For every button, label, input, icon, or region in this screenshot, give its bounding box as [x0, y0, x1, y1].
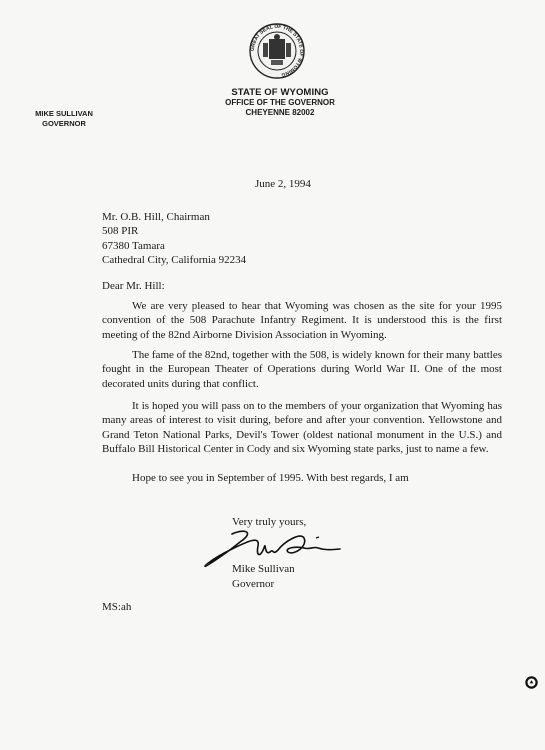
body-paragraph: Hope to see you in September of 1995. Wi…: [102, 471, 502, 485]
recycle-icon: [525, 676, 538, 689]
paragraph-text: We are very pleased to hear that Wyoming…: [102, 300, 502, 341]
recipient-line: Cathedral City, California 92234: [102, 253, 246, 267]
recipient-address: Mr. O.B. Hill, Chairman 508 PIR 67380 Ta…: [102, 210, 246, 267]
sender-title: GOVERNOR: [22, 119, 106, 129]
letterhead-office: OFFICE OF THE GOVERNOR: [200, 98, 360, 107]
letterhead-city: CHEYENNE 82002: [200, 108, 360, 117]
recipient-line: 508 PIR: [102, 224, 246, 238]
letterhead-state: STATE OF WYOMING: [200, 87, 360, 98]
body-paragraph: The fame of the 82nd, together with the …: [102, 348, 502, 391]
body-paragraph: It is hoped you will pass on to the memb…: [102, 399, 502, 456]
recipient-line: Mr. O.B. Hill, Chairman: [102, 210, 246, 224]
signatory-name: Mike Sullivan: [232, 562, 295, 577]
state-seal-icon: GREAT SEAL OF THE STATE OF WYOMING: [249, 23, 305, 79]
paragraph-text: The fame of the 82nd, together with the …: [102, 349, 502, 390]
signatory-title: Governor: [232, 577, 295, 592]
paragraph-text: It is hoped you will pass on to the memb…: [102, 400, 502, 455]
body-paragraph: We are very pleased to hear that Wyoming…: [102, 299, 502, 342]
paragraph-text: Hope to see you in September of 1995. Wi…: [132, 472, 409, 484]
reference-initials: MS:ah: [102, 600, 131, 614]
signatory-block: Mike Sullivan Governor: [232, 562, 295, 592]
letter-page: GREAT SEAL OF THE STATE OF WYOMING STATE…: [0, 0, 545, 750]
recipient-line: 67380 Tamara: [102, 239, 246, 253]
salutation: Dear Mr. Hill:: [102, 279, 165, 293]
letter-date: June 2, 1994: [255, 177, 311, 191]
sender-name: MIKE SULLIVAN: [22, 109, 106, 119]
